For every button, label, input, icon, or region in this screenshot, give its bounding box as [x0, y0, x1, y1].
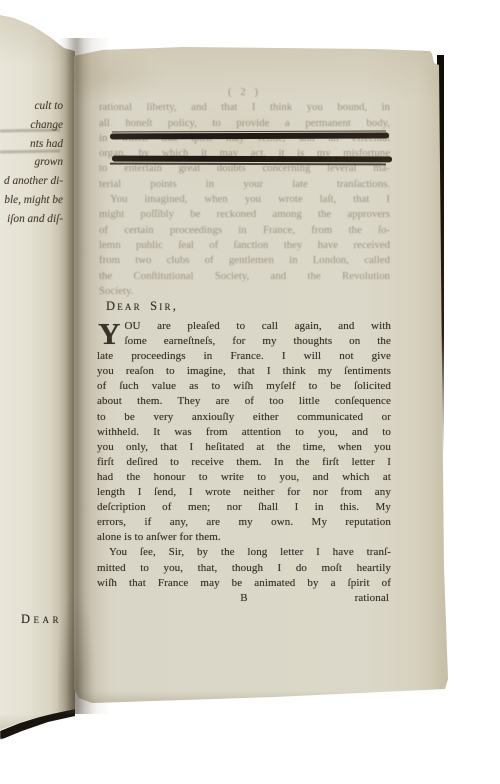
left-page-text-fragments-2: nts had grown: [0, 135, 63, 173]
printed-rule-bar-bottom: [112, 156, 392, 163]
paragraph-2-3: wiſh that France may be animated by a ſp…: [97, 576, 391, 591]
paragraph-1-line-6: about them. They are of too little conſe…: [97, 394, 391, 409]
right-page: ( 2 ) rational liberty, and that I think…: [74, 47, 451, 707]
paragraph-1-line-4: you reaſon to imagine, that I think my ſ…: [97, 364, 391, 379]
showthrough-line-6: terial points in your late tranſactions.: [99, 177, 390, 192]
paragraph-1-line-2: ſome earneſtneſs, for my thoughts on the: [97, 334, 391, 349]
paragraph-1-line-3: late proceedings in France. I will not g…: [97, 349, 391, 364]
signature-row: B rational: [97, 591, 391, 606]
open-book-photo: cult to changents had grownd another di-…: [0, 0, 500, 784]
paper-speckle: [326, 734, 331, 736]
paragraph-2: You ſee, Sir, by the long letter I have …: [97, 545, 391, 590]
showthrough-line-1: rational liberty, and that I think you b…: [99, 100, 390, 115]
salutation: Dear Sir,: [97, 299, 391, 319]
paragraph-2-2: mitted to you, that, though I do moſt he…: [97, 561, 391, 576]
catchword: rational: [355, 591, 389, 606]
showthrough-text-block: ( 2 ) rational liberty, and that I think…: [99, 85, 390, 299]
left-page-catchword: Dear: [21, 612, 62, 627]
showthrough-line-8: might poſſibly be reckoned among the app…: [99, 207, 390, 222]
left-page-text-fragments-3: d another di-: [0, 172, 63, 191]
left-page-text-fragments-4: ble, might be: [0, 191, 63, 210]
paragraph-2-1: You ſee, Sir, by the long letter I have …: [97, 545, 391, 560]
paragraph-1-line-9: you only, that I heſitated at the time, …: [97, 440, 391, 455]
left-page-text-fragments: cult to changents had grownd another di-…: [0, 97, 64, 229]
paragraph-1-line-7: to be very anxiouſly either communicated…: [97, 410, 391, 425]
drop-cap: Y: [97, 319, 125, 347]
paper-speckle: [484, 105, 486, 107]
paragraph-1-line-13: deſcription of men; nor ſhall I in this.…: [97, 500, 391, 515]
paragraph-1-line-15: alone is to anſwer for them.: [97, 530, 391, 545]
showthrough-line-9: of certain proceedings in France, from t…: [99, 223, 390, 238]
left-page-text-fragments-5: iſon and diſ-: [0, 210, 63, 229]
printed-rule-bar-top: [110, 133, 389, 140]
paragraph-1-line-12: length I ſend, I wrote neither for nor f…: [97, 485, 391, 500]
paragraph-1-line-14: errors, if any, are my own. My reputatio…: [97, 515, 391, 530]
signature-mark: B: [240, 591, 247, 606]
showthrough-line-2: all honeſt policy, to provide a permanen…: [99, 116, 390, 131]
paper-speckle: [358, 699, 361, 701]
paragraph-1: Y OU are pleaſed to call again, and with…: [97, 319, 391, 545]
showthrough-line-11: from two clubs of gentlemen in London, c…: [99, 253, 390, 268]
left-page: cult to changents had grownd another di-…: [0, 11, 75, 736]
paragraph-1-line-1: OU are pleaſed to call again, and with: [97, 319, 391, 334]
left-page-text-fragments-1: cult to change: [0, 97, 63, 135]
showthrough-line-12: the Conſtitutional Society, and the Revo…: [99, 269, 390, 284]
showthrough-line-13: Society.: [99, 284, 390, 299]
showthrough-line-10: lemn public ſeal of ſanction they have r…: [99, 238, 390, 253]
paragraph-1-line-5: of ſuch value as to wiſh myſelf to be ſo…: [97, 379, 391, 394]
letter-text-block: Dear Sir, Y OU are pleaſed to call again…: [97, 299, 391, 606]
paragraph-1-line-10: firſt deſired to receive them. In the fi…: [97, 455, 391, 470]
paragraph-1-line-8: withheld. It was from attention to you, …: [97, 425, 391, 440]
paragraph-1-line-11: had the honour to write to you, and whic…: [97, 470, 391, 485]
showthrough-line-7: You imagined, when you wrote laſt, that …: [99, 192, 390, 207]
showthrough-page-number: ( 2 ): [99, 85, 390, 100]
